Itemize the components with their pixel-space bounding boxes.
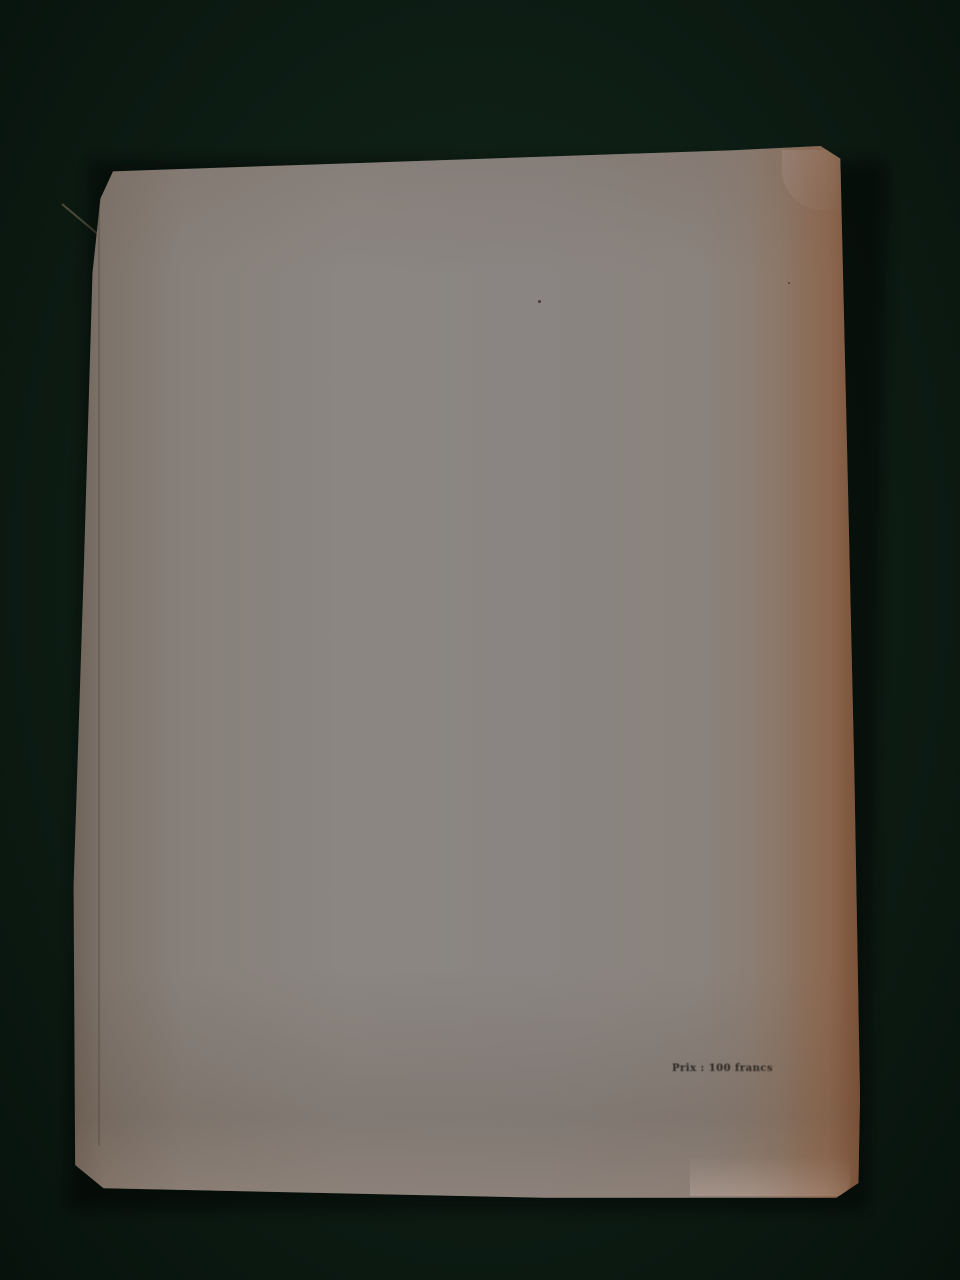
worn-bottom-corner [690,1156,850,1196]
paper-speck [538,300,541,303]
spine-fold [98,166,100,1146]
paper-speck [788,282,790,284]
price-label: Prix : 100 francs [672,1063,773,1074]
photo-scene: Prix : 100 francs [0,0,960,1280]
book-back-cover: Prix : 100 francs [72,146,860,1202]
